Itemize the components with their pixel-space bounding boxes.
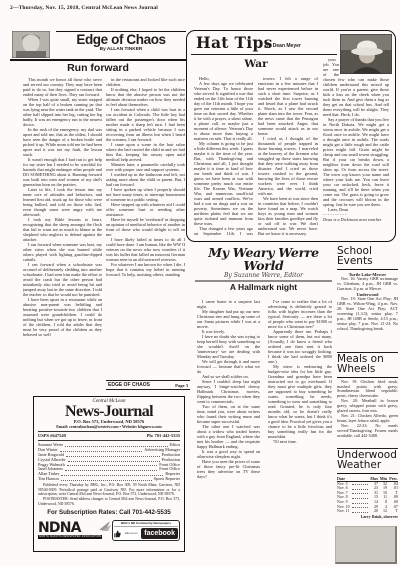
edge-of-chaos-header: Edge of Chaos By ALLAN TINKER [10,31,186,61]
paragraph: My column is going to be just a little d… [194,141,253,226]
edge-article-column-2: in the restaurant and looked like such n… [106,77,185,378]
dot-leader [60,451,143,452]
weather-table-rows: Nov. 5 37 32 .04 Nov. 6 23 19 .01 Nov. 7 [337,482,398,514]
paragraph: Two of them, on at the same time, mind y… [197,404,260,424]
column-title: My Weary Werre World [195,246,332,272]
column-byline: By Dean Meyer [265,43,301,49]
staff-role: Sports Reporter [154,477,180,482]
paragraph: In the rush of the emergency, my dad was… [23,127,102,157]
section-title: School Events [337,247,398,270]
postmaster-notice: POSTMASTER: Send address changes to Cent… [38,497,180,506]
masthead-usps-row: USPS #647540 Ph: 701-442-5335 [38,433,180,439]
weary-werre-world-header: My Weary Werre World By Suzanne Werre, E… [195,246,332,282]
paragraph: I cried as I thought of the thousands of… [258,136,318,196]
paragraph: My daughter had put up our new Christmas… [197,309,260,329]
paragraph: I have likely failed at times to do all … [106,237,185,262]
paragraph: I have spoken up when I properly should … [106,187,185,202]
paragraph: Later in life, I took the lesson into my… [23,187,102,217]
masthead-box: Central McLean News-Journal P.O. Box 573… [33,396,185,552]
facebook-logo: facebook [141,528,178,539]
school-events-town-block: Underwood Nov. 19: State One Act Play; J… [337,292,398,332]
paragraph: We will get through it and move forward … [197,359,260,374]
paragraph: The other one I watched was about a wido… [197,424,260,449]
divider [38,431,180,432]
staff-row: Tim Hanson Sports Reporter [38,477,180,482]
staff-name: Tim Hanson [38,477,59,482]
dot-leader [352,503,368,504]
menu-list: Nov. 19: Chicken fried steak, mashed pot… [337,380,398,439]
menu-item: Nov. 22-23: No meals served/Thanksgiving… [337,424,398,439]
school-events-list: Turtle Lake-Mercer Nov. 16: Varsity GBB … [337,272,398,332]
paragraph: in the restaurant and looked like such n… [106,77,185,87]
edge-continuation-line: EDGE OF CHAOS Page 3 [106,380,190,390]
paragraph: Minutes later, a paramedic carefully too… [106,162,185,172]
facebook-badge: BHG's ND Community Newspapers Like us on… [112,520,180,541]
col-date: Date [337,476,351,481]
staff-list: Suzanne Werre Editor Don Winter Advertis… [38,443,180,482]
columnist-tagline: Dean is a Dickinson area rancher [323,217,389,222]
paragraph: I took my Bible lessons to heart, recogn… [23,217,102,242]
dot-leader [68,461,160,462]
paragraph: My niece is embracing the budget-wise id… [268,364,332,439]
dot-leader [66,456,160,457]
hat-tips-column-1: Hello,A few days ago we celebrated Veter… [194,76,253,237]
paragraph: I have been upset in a restaurant while … [23,297,102,337]
ndna-letters: NDNA [38,522,102,535]
hallmark-column-1: I came home to a surprise last night.My … [197,299,260,562]
hat-tips-column-3: your job. You are one of the chosen few … [323,57,389,237]
paragraph: And we wonder what we can do to help. We… [258,236,318,237]
ndna-eagle-icon [99,521,111,531]
paragraph: Have you seen the prices of some of thos… [197,459,260,479]
dot-leader [67,465,158,466]
newspaper-page: 2—Thursday, Nov. 15, 2018, Central McLea… [0,0,400,567]
paragraph: For whatever I am known for when I die, … [106,262,185,277]
masthead-contact: Email: centralmclean@westriv.com • Websi… [38,424,180,429]
weather-row: Nov. 11 20 12 T [337,509,398,514]
facebook-badge-row: Like us on facebook [114,528,178,539]
column-title: Hat Tips [196,33,273,52]
meals-on-wheels-section: Meals on Wheels Nov. 19: Chicken fried s… [337,352,398,438]
paragraph: I ran forward when someone was hurt, my … [23,242,102,262]
menu-item: Nov. 20: Meatball in brown gravy, whippe… [337,399,398,414]
dot-leader [61,480,152,481]
masthead-logos: NDNA NORTH DAKOTA NEWSPAPER ASSOCIATION … [38,518,180,544]
subscription-line: For Subscription Rates: Call 701-442-553… [38,509,180,516]
page-folio: 2—Thursday, Nov. 15, 2018, Central McLea… [10,5,158,11]
divider [191,54,337,55]
weather-section: Underwood Weather Date Max Min Prec. Nov… [337,448,398,519]
paragraph: I came upon a scene in the hair salon wh… [106,142,185,162]
paragraph: I have no doubt she was trying to keep h… [197,334,260,359]
dot-leader [352,493,368,494]
col-min: Min [378,476,387,481]
edge-article-headline: Run forward [10,62,186,74]
weather-max: 20 [369,509,378,514]
paragraph: Say a prayer of thanks that you live in … [323,117,389,207]
paragraph: This month we honor all those who serve … [23,77,102,97]
usps-number: USPS #647540 [38,433,66,439]
published-notice: Published every Thursday by BHG, Inc., P… [38,483,180,496]
jump-label: EDGE OF CHAOS [108,382,150,388]
weather-date: Nov. 11 [337,509,351,514]
hat-tips-box: Hat Tips By Dean Meyer War Hello,A few d… [186,30,396,242]
paragraph: Have let myself be 'overheard' in droppi… [106,217,185,237]
paragraph: A few days ago we celebrated Veteran's D… [194,81,253,141]
photo-wrap-spacer [339,57,389,75]
paragraph: I washed up in the bathroom and left, no… [106,172,185,187]
paragraph: It was a good way to spend an otherwise … [197,449,260,459]
ndna-caption: NORTH DAKOTA NEWSPAPER ASSOCIATION [38,535,102,539]
columnist-photo-allan-tinker [12,31,50,58]
ndna-logo: NDNA NORTH DAKOTA NEWSPAPER ASSOCIATION [38,522,102,539]
section-title: Underwood Weather [337,451,398,474]
dot-leader [352,512,368,513]
paragraph: It wasn't enough that I had run to get h… [23,157,102,187]
masthead-name: News-Journal [38,404,180,419]
weather-min: 12 [378,509,387,514]
hallmark-headline: A Hallmark night [195,282,332,292]
thumbs-up-icon [114,530,121,538]
col-max: Max [369,476,378,481]
events-text: Nov. 19: State One Act Play; JH GBB vs. … [337,297,398,331]
school-events-section: School Events Turtle Lake-Mercer Nov. 16… [337,247,398,331]
paragraph: When I was quite small, my sister steppe… [23,97,102,127]
hallmark-column-2: I've come to realize that a lot of adver… [268,299,332,562]
paragraph: I came home to a surprise last night. [197,299,260,309]
column-title: Edge of Chaos [56,33,186,47]
edge-of-chaos-titles: Edge of Chaos By ALLAN TINKER [56,31,186,53]
paragraph: We have been at war since then in countr… [258,196,318,236]
dot-leader [352,507,368,508]
spacer [352,476,368,480]
hat-tips-headline: War [187,58,325,70]
facebook-badge-caption: BHG's ND Community Newspapers [114,522,178,527]
paragraph: I've come to realize that a lot of adver… [268,299,332,329]
column-byline: By ALLAN TINKER [56,47,186,53]
dot-leader [352,498,368,499]
col-prec: Prec. [387,476,398,481]
section-title: Meals on Wheels [337,355,398,378]
weather-prec: T [387,509,398,514]
jump-page: Page 3 [175,383,188,388]
dot-leader [352,489,368,490]
paragraph: Have stepped up with whatever aid I coul… [106,202,185,217]
dot-leader [61,475,163,476]
paragraph: If nothing else, I hoped to let the chil… [106,87,185,107]
hat-tips-column-3-text: your job. You are one of the chosen few … [323,57,389,212]
dot-leader [65,470,157,471]
like-us-text: Like us on [125,532,138,535]
dot-leader [352,484,368,485]
paragraph: Apparently there are. Perhaps I know som… [268,329,332,364]
paragraph: That changed a few years ago on Septembe… [194,226,253,237]
events-text: Nov. 16: Varsity GBB scrimmage vs. Glenb… [337,277,398,292]
column-byline: By Suzanne Werre, Editor [195,272,332,279]
hat-tips-column-2: towers. I felt a range of emotions in a … [258,76,318,237]
paragraph: 'Til next time. [268,439,332,444]
paragraph: towers. I felt a range of emotions in a … [258,76,318,136]
ad-placeholder-box [335,526,397,564]
menu-item: Nov. 19: Chicken fried steak, mashed pot… [337,380,398,400]
phone-number: Ph: 701-442-5335 [147,433,180,439]
school-events-town-block: Turtle Lake-Mercer Nov. 16: Varsity GBB … [337,272,398,292]
paragraph: I ran forward when a schoolmate was accu… [23,262,102,297]
weather-observer: Larry Dziuk, observer [337,515,398,519]
paragraph: I ran forward when a child was hurt in a… [106,107,185,142]
paragraph: Since I couldn't sleep last night anyway… [197,379,260,404]
edge-article-column-1: This month we honor all those who serve … [23,77,102,394]
